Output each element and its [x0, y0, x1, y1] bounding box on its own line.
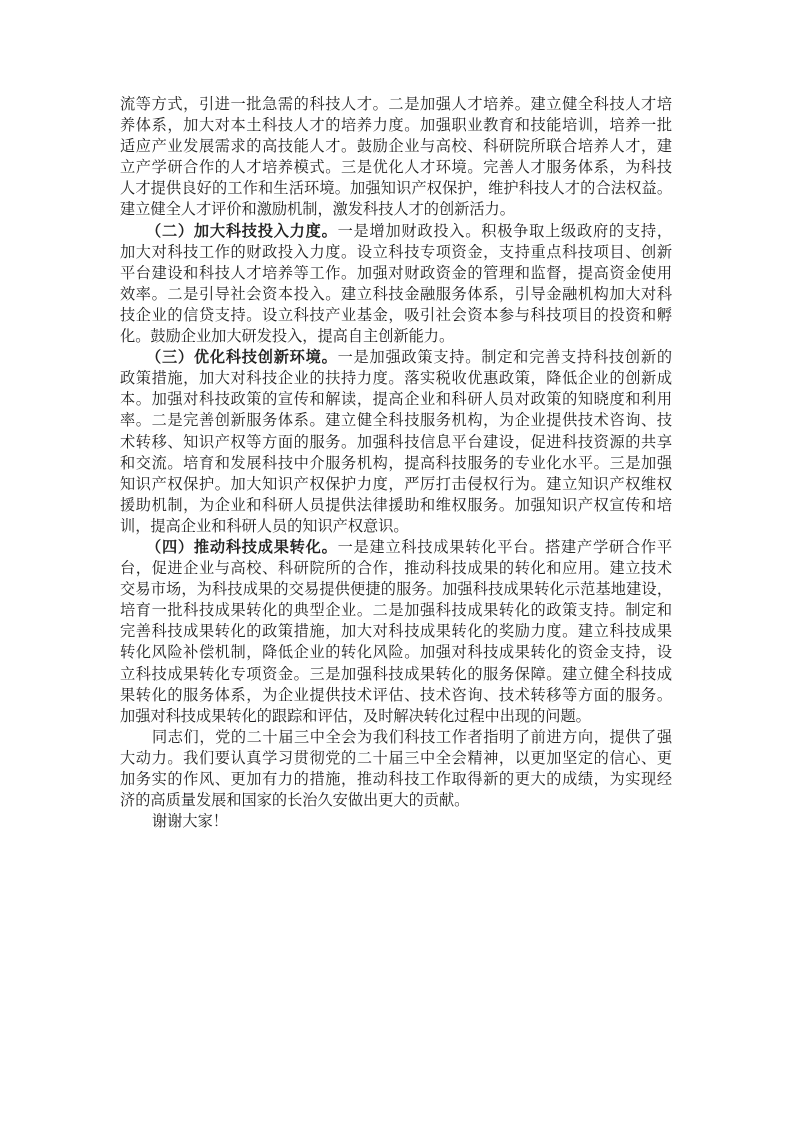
text-line: 率。二是完善创新服务体系。建立健全科技服务机构，为企业提供技术咨询、技: [120, 410, 672, 431]
text-line: 济的高质量发展和国家的长治久安做出更大的贡献。: [120, 790, 672, 811]
text-line: 技企业的信贷支持。设立科技产业基金，吸引社会资本参与科技项目的投资和孵: [120, 305, 672, 326]
text-run: 一是增加财政投入。积极争取上级政府的支持，: [338, 222, 672, 240]
text-line: 化。鼓励企业加大研发投入，提高自主创新能力。: [120, 326, 672, 347]
paragraph-investment: （二）加大科技投入力度。一是增加财政投入。积极争取上级政府的支持， 加大对科技工…: [120, 221, 672, 348]
text-line: （三）优化科技创新环境。一是加强政策支持。制定和完善支持科技创新的: [120, 347, 672, 368]
text-line: 大动力。我们要认真学习贯彻党的二十届三中全会精神，以更加坚定的信心、更: [120, 748, 672, 769]
text-line: 援助机制，为企业和科研人员提供法律援助和维权服务。加强知识产权宣传和培: [120, 495, 672, 516]
paragraph-environment: （三）优化科技创新环境。一是加强政策支持。制定和完善支持科技创新的 政策措施，加…: [120, 347, 672, 537]
text-line: 流等方式，引进一批急需的科技人才。二是加强人才培养。建立健全科技人才培: [120, 94, 672, 115]
text-line: 和交流。培育和发展科技中介服务机构，提高科技服务的专业化水平。三是加强: [120, 453, 672, 474]
text-line: 本。加强对科技政策的宣传和解读，提高企业和科研人员对政策的知晓度和利用: [120, 389, 672, 410]
text-line: 知识产权保护。加大知识产权保护力度，严厉打击侵权行为。建立知识产权维权: [120, 474, 672, 495]
text-line: 平台建设和科技人才培养等工作。加强对财政资金的管理和监督，提高资金使用: [120, 263, 672, 284]
text-line: 养体系，加大对本土科技人才的培养力度。加强职业教育和技能培训，培养一批: [120, 115, 672, 136]
section-heading: （三）优化科技创新环境。: [146, 348, 338, 366]
paragraph-talent: 流等方式，引进一批急需的科技人才。二是加强人才培养。建立健全科技人才培 养体系，…: [120, 94, 672, 221]
text-run: 一是加强政策支持。制定和完善支持科技创新的: [338, 348, 672, 366]
text-line: 适应产业发展需求的高技能人才。鼓励企业与高校、科研院所联合培养人才，建: [120, 136, 672, 157]
text-line: 加大对科技工作的财政投入力度。设立科技专项资金，支持重点科技项目、创新: [120, 242, 672, 263]
text-line: 完善科技成果转化的政策措施，加大对科技成果转化的奖励力度。建立科技成果: [120, 621, 672, 642]
text-line: 果转化的服务体系，为企业提供技术评估、技术咨询、技术转移等方面的服务。: [120, 685, 672, 706]
text-line: （四）推动科技成果转化。一是建立科技成果转化平台。搭建产学研合作平: [120, 537, 672, 558]
text-line: 效率。二是引导社会资本投入。建立科技金融服务体系，引导金融机构加大对科: [120, 284, 672, 305]
text-line: 立产学研合作的人才培养模式。三是优化人才环境。完善人才服务体系，为科技: [120, 157, 672, 178]
document-page: 流等方式，引进一批急需的科技人才。二是加强人才培养。建立健全科技人才培 养体系，…: [0, 0, 793, 1122]
text-line: 术转移、知识产权等方面的服务。加强科技信息平台建设，促进科技资源的共享: [120, 432, 672, 453]
paragraph-conclusion: 同志们，党的二十届三中全会为我们科技工作者指明了前进方向，提供了强 大动力。我们…: [120, 727, 672, 811]
text-line: 建立健全人才评价和激励机制，激发科技人才的创新活力。: [120, 199, 672, 220]
text-line: 加强对科技成果转化的跟踪和评估，及时解决转化过程中出现的问题。: [120, 706, 672, 727]
text-line: 培育一批科技成果转化的典型企业。二是加强科技成果转化的政策支持。制定和: [120, 600, 672, 621]
text-line: 同志们，党的二十届三中全会为我们科技工作者指明了前进方向，提供了强: [120, 727, 672, 748]
text-line: 台，促进企业与高校、科研院所的合作，推动科技成果的转化和应用。建立技术: [120, 558, 672, 579]
text-line: 转化风险补偿机制，降低企业的转化风险。加强对科技成果转化的资金支持，设: [120, 642, 672, 663]
text-line: （二）加大科技投入力度。一是增加财政投入。积极争取上级政府的支持，: [120, 221, 672, 242]
section-heading: （二）加大科技投入力度。: [146, 222, 338, 240]
section-heading: （四）推动科技成果转化。: [146, 538, 338, 556]
text-line: 交易市场，为科技成果的交易提供便捷的服务。加强科技成果转化示范基地建设，: [120, 579, 672, 600]
text-line: 立科技成果转化专项资金。三是加强科技成果转化的服务保障。建立健全科技成: [120, 664, 672, 685]
text-line: 人才提供良好的工作和生活环境。加强知识产权保护，维护科技人才的合法权益。: [120, 178, 672, 199]
text-line: 训，提高企业和科研人员的知识产权意识。: [120, 516, 672, 537]
paragraph-transformation: （四）推动科技成果转化。一是建立科技成果转化平台。搭建产学研合作平 台，促进企业…: [120, 537, 672, 727]
document-body: 流等方式，引进一批急需的科技人才。二是加强人才培养。建立健全科技人才培 养体系，…: [120, 94, 672, 832]
paragraph-closing: 谢谢大家！: [120, 811, 672, 832]
text-run: 一是建立科技成果转化平台。搭建产学研合作平: [338, 538, 672, 556]
closing-line: 谢谢大家！: [120, 811, 672, 832]
text-line: 政策措施，加大对科技企业的扶持力度。落实税收优惠政策，降低企业的创新成: [120, 368, 672, 389]
text-line: 加务实的作风、更加有力的措施，推动科技工作取得新的更大的成绩，为实现经: [120, 769, 672, 790]
